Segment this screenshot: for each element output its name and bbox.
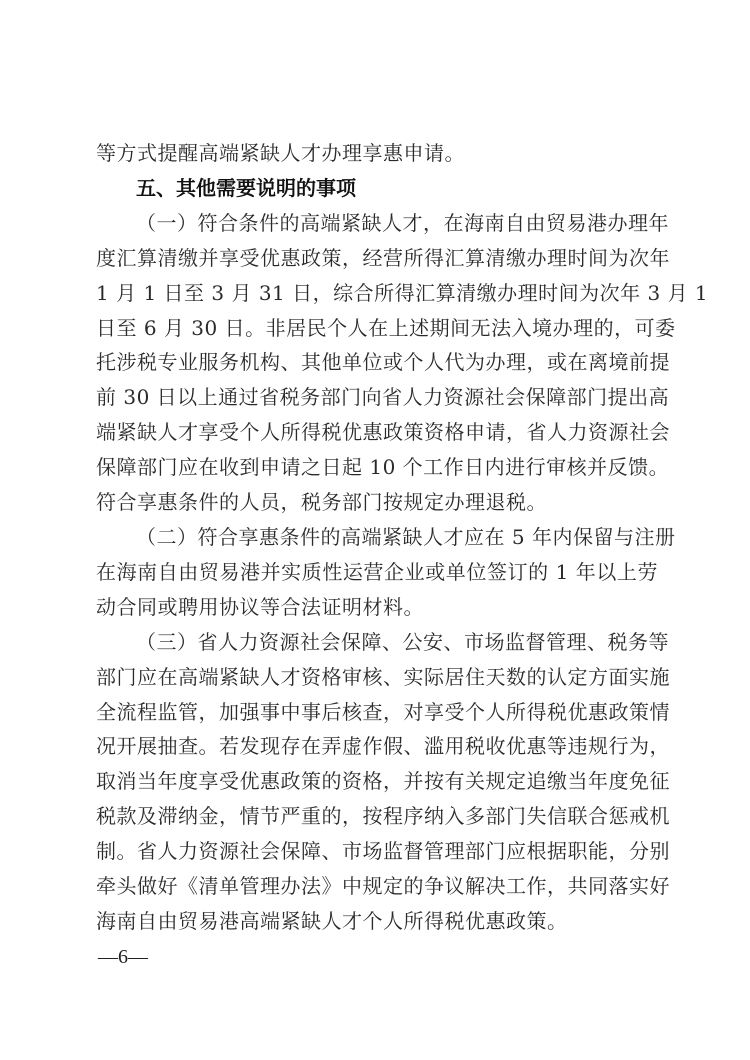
paragraph-line: （一）符合条件的高端紧缺人才，在海南自由贸易港办理年 bbox=[136, 208, 658, 238]
paragraph-line: 等方式提醒高端紧缺人才办理享惠申请。 bbox=[96, 138, 658, 168]
page-number: —6— bbox=[98, 942, 148, 972]
paragraph-line: （三）省人力资源社会保障、公安、市场监督管理、税务等 bbox=[136, 627, 658, 657]
paragraph-line: 动合同或聘用协议等合法证明材料。 bbox=[96, 592, 658, 622]
paragraph-line: 托涉税专业服务机构、其他单位或个人代为办理，或在离境前提 bbox=[96, 347, 658, 377]
paragraph-line: 取消当年度享受优惠政策的资格，并按有关规定追缴当年度免征 bbox=[96, 766, 658, 796]
paragraph-line: 日至 6 月 30 日。非居民个人在上述期间无法入境办理的，可委 bbox=[96, 313, 658, 343]
paragraph-line: 前 30 日以上通过省税务部门向省人力资源社会保障部门提出高 bbox=[96, 382, 658, 412]
paragraph-line: 制。省人力资源社会保障、市场监督管理部门应根据职能，分别 bbox=[96, 836, 658, 866]
paragraph-line: 况开展抽查。若发现存在弄虚作假、滥用税收优惠等违规行为， bbox=[96, 731, 658, 761]
paragraph-line: 度汇算清缴并享受优惠政策，经营所得汇算清缴办理时间为次年 bbox=[96, 243, 658, 273]
paragraph-line: 符合享惠条件的人员，税务部门按规定办理退税。 bbox=[96, 487, 658, 517]
paragraph-line: 1 月 1 日至 3 月 31 日，综合所得汇算清缴办理时间为次年 3 月 1 bbox=[96, 278, 658, 308]
paragraph-line: 全流程监管，加强事中事后核查，对享受个人所得税优惠政策情 bbox=[96, 697, 658, 727]
paragraph-line: 端紧缺人才享受个人所得税优惠政策资格申请，省人力资源社会 bbox=[96, 417, 658, 447]
section-heading: 五、其他需要说明的事项 bbox=[136, 173, 356, 203]
paragraph-line: 保障部门应在收到申请之日起 10 个工作日内进行审核并反馈。 bbox=[96, 452, 658, 482]
document-page: 等方式提醒高端紧缺人才办理享惠申请。 五、其他需要说明的事项 （一）符合条件的高… bbox=[0, 0, 750, 1060]
paragraph-line: 海南自由贸易港高端紧缺人才个人所得税优惠政策。 bbox=[96, 906, 658, 936]
paragraph-line: 在海南自由贸易港并实质性运营企业或单位签订的 1 年以上劳 bbox=[96, 557, 658, 587]
paragraph-line: 部门应在高端紧缺人才资格审核、实际居住天数的认定方面实施 bbox=[96, 662, 658, 692]
paragraph-line: （二）符合享惠条件的高端紧缺人才应在 5 年内保留与注册 bbox=[136, 522, 658, 552]
paragraph-line: 牵头做好《清单管理办法》中规定的争议解决工作，共同落实好 bbox=[96, 871, 658, 901]
paragraph-line: 税款及滞纳金，情节严重的，按程序纳入多部门失信联合惩戒机 bbox=[96, 801, 658, 831]
